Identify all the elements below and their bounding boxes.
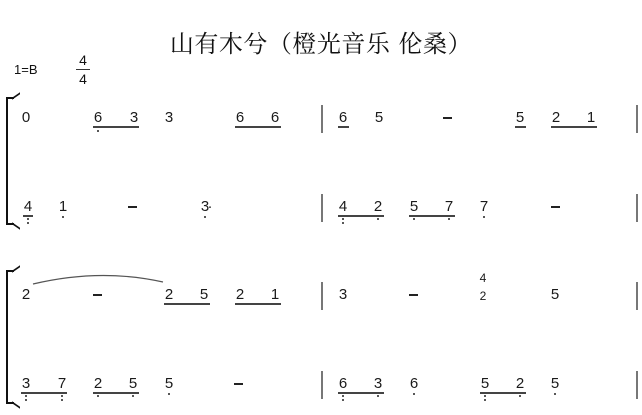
augmentation-dot: · <box>207 199 213 215</box>
note: 5 <box>127 376 139 392</box>
note: 2 <box>92 376 104 392</box>
low-octave-dot <box>377 218 379 220</box>
note: 7 <box>56 376 68 392</box>
note: 3 <box>128 110 140 126</box>
low-octave-dot <box>97 395 99 397</box>
eighth-beam <box>93 392 139 394</box>
low-octave-dot <box>484 395 486 397</box>
low-octave-dot <box>342 395 344 397</box>
low-octave-dot <box>204 216 206 218</box>
eighth-beam <box>235 303 281 305</box>
low-octave-dot <box>61 395 63 397</box>
barline <box>636 282 638 310</box>
eighth-beam <box>338 392 384 394</box>
hold-dash <box>551 206 560 208</box>
note: 5 <box>549 376 561 392</box>
eighth-beam <box>235 126 281 128</box>
low-octave-dot <box>554 393 556 395</box>
barline <box>321 194 323 222</box>
note: 3 <box>20 376 32 392</box>
note: 2 <box>234 287 246 303</box>
low-octave-dot <box>168 393 170 395</box>
note: 4 <box>337 199 349 215</box>
note: 7 <box>443 199 455 215</box>
eighth-beam <box>93 126 139 128</box>
low-octave-dot <box>342 218 344 220</box>
note: 5 <box>479 376 491 392</box>
hold-dash <box>409 294 418 296</box>
note: 5 <box>514 110 526 126</box>
low-octave-dot <box>484 399 486 401</box>
low-octave-dot <box>97 130 99 132</box>
note: 3 <box>337 287 349 303</box>
low-octave-dot <box>25 399 27 401</box>
low-octave-dot <box>27 222 29 224</box>
time-signature: 4 4 <box>76 52 90 87</box>
note: 5 <box>549 287 561 303</box>
note: 5 <box>373 110 385 126</box>
note: 4 <box>22 199 34 215</box>
hold-dash <box>234 383 243 385</box>
note: 2 <box>372 199 384 215</box>
note: 6 <box>92 110 104 126</box>
barline <box>636 371 638 399</box>
eighth-beam <box>409 215 455 217</box>
eighth-beam <box>480 392 526 394</box>
note: 1 <box>585 110 597 126</box>
hold-dash <box>443 117 452 119</box>
note: 3 <box>163 110 175 126</box>
low-octave-dot <box>61 399 63 401</box>
note: 2 <box>550 110 562 126</box>
system-bracket <box>6 97 14 225</box>
eighth-beam <box>551 126 597 128</box>
hold-dash <box>128 206 137 208</box>
note: 2 <box>514 376 526 392</box>
time-signature-top: 4 <box>79 52 87 68</box>
hold-dash <box>93 294 102 296</box>
eighth-beam <box>21 392 67 394</box>
eighth-beam <box>338 215 384 217</box>
note: 2 <box>163 287 175 303</box>
barline <box>321 371 323 399</box>
low-octave-dot <box>377 395 379 397</box>
note: 6 <box>269 110 281 126</box>
note: 1 <box>269 287 281 303</box>
note: 5 <box>163 376 175 392</box>
chord-lower-note: 2 <box>477 288 489 304</box>
note: 1 <box>57 199 69 215</box>
note: 3 <box>372 376 384 392</box>
low-octave-dot <box>448 218 450 220</box>
note: 7 <box>478 199 490 215</box>
time-signature-bottom: 4 <box>79 71 87 87</box>
low-octave-dot <box>483 216 485 218</box>
barline <box>321 282 323 310</box>
eighth-beam <box>338 126 349 128</box>
low-octave-dot <box>519 395 521 397</box>
eighth-beam <box>23 215 33 217</box>
score-title: 山有木兮（橙光音乐 伦桑） <box>0 24 642 59</box>
note: 6 <box>337 376 349 392</box>
note: 5 <box>408 199 420 215</box>
note: 6 <box>408 376 420 392</box>
note: 2 <box>20 287 32 303</box>
eighth-beam <box>164 303 210 305</box>
eighth-beam <box>515 126 526 128</box>
key-signature: 1=B <box>14 62 38 77</box>
low-octave-dot <box>342 399 344 401</box>
low-octave-dot <box>413 218 415 220</box>
barline <box>321 105 323 133</box>
low-octave-dot <box>413 393 415 395</box>
note: 6 <box>337 110 349 126</box>
chord-upper-note: 4 <box>477 270 489 286</box>
slur <box>30 270 170 290</box>
system-bracket <box>6 270 14 404</box>
low-octave-dot <box>62 216 64 218</box>
barline <box>636 105 638 133</box>
note: 0 <box>20 110 32 126</box>
note: 5 <box>198 287 210 303</box>
time-signature-divider <box>76 69 90 70</box>
note: 6 <box>234 110 246 126</box>
low-octave-dot <box>25 395 27 397</box>
low-octave-dot <box>27 218 29 220</box>
low-octave-dot <box>342 222 344 224</box>
low-octave-dot <box>132 395 134 397</box>
barline <box>636 194 638 222</box>
